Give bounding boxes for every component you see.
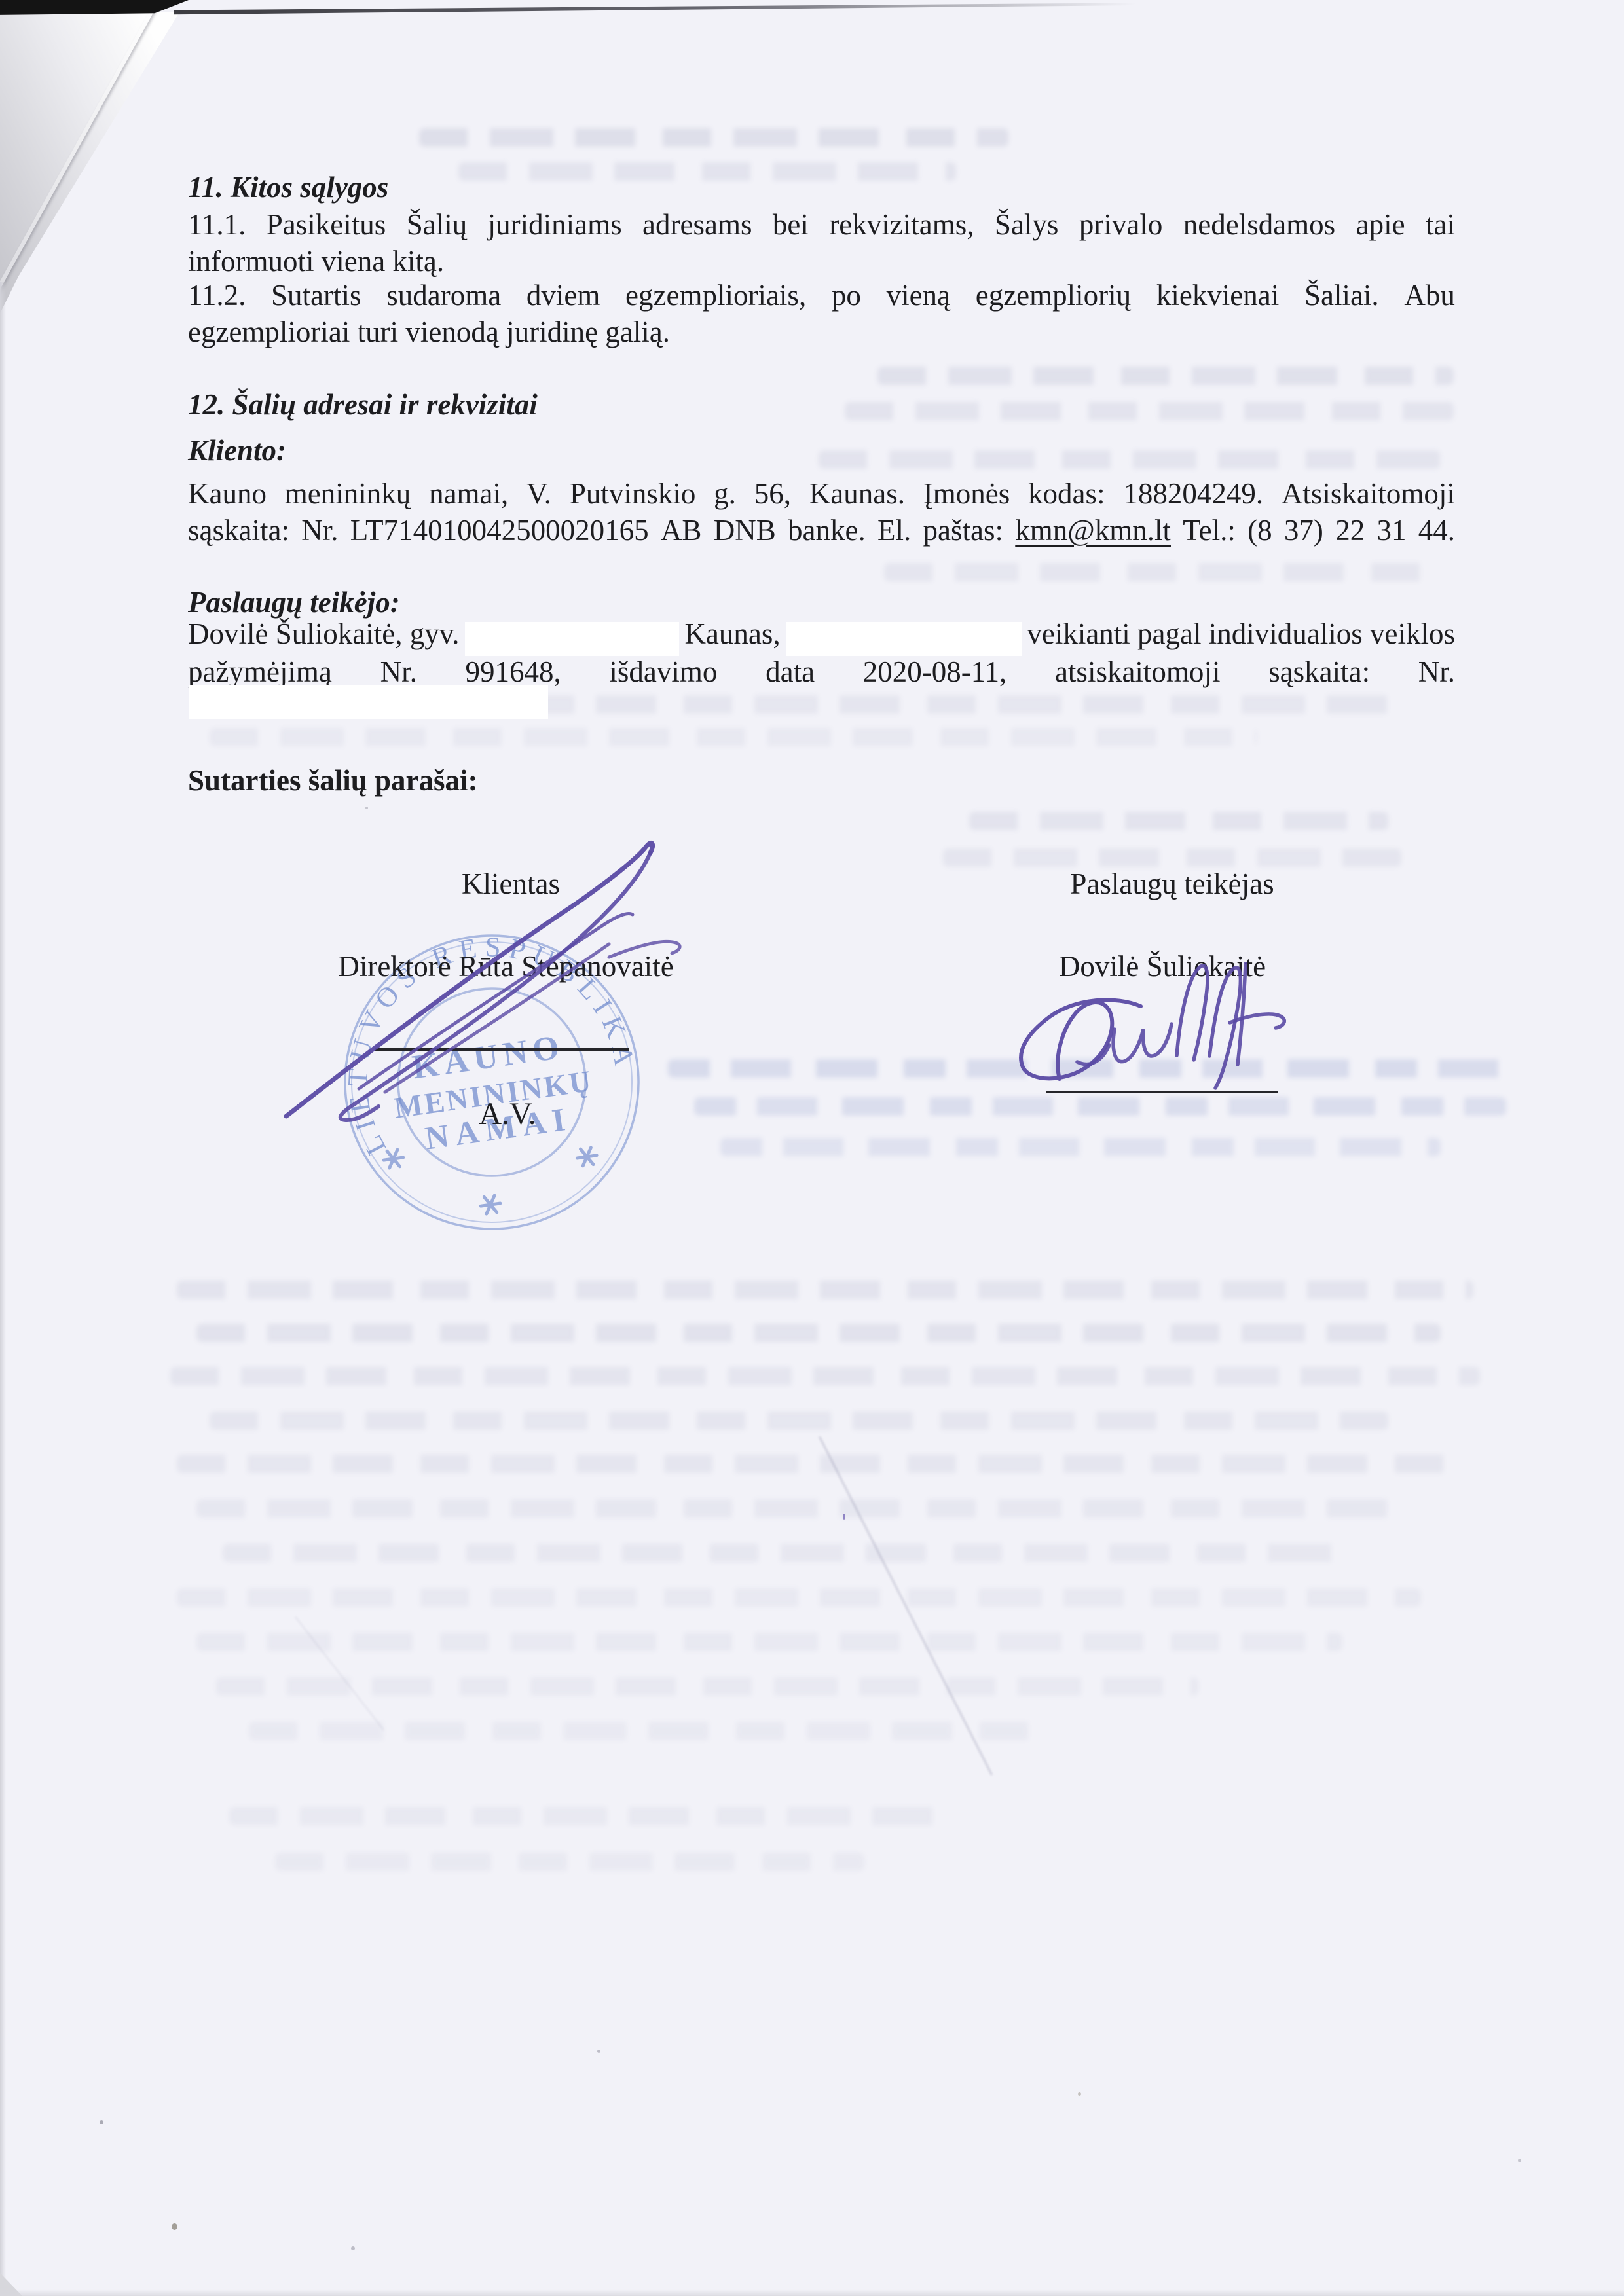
bleed-through-line bbox=[720, 1138, 1441, 1156]
clause-11-1-line-2: informuoti viena kitą. bbox=[188, 243, 1455, 280]
signatures-heading: Sutarties šalių parašai: bbox=[188, 762, 1455, 799]
bleed-through-line bbox=[177, 1455, 1454, 1473]
bleed-through-line bbox=[216, 1677, 1198, 1696]
bleed-through-line bbox=[668, 1059, 1506, 1078]
page-bottom-edge bbox=[0, 2289, 1624, 2296]
scan-speck bbox=[365, 807, 368, 809]
provider-role-label: Paslaugų teikėjas bbox=[1022, 867, 1323, 901]
scan-speck bbox=[597, 2050, 600, 2053]
provider-signature-line bbox=[1046, 1091, 1278, 1093]
redaction-box-account bbox=[189, 685, 548, 719]
section-12-heading: 12. Šalių adresai ir rekvizitai bbox=[188, 386, 1455, 423]
bleed-through-line bbox=[177, 1281, 1473, 1299]
bleed-through-line bbox=[943, 848, 1401, 867]
paper-crease bbox=[819, 1436, 993, 1776]
page-top-edge bbox=[174, 1, 1156, 18]
client-details-line-2: sąskaita:Nr.LT714010042500020165ABDNBban… bbox=[188, 512, 1455, 549]
provider-city-text: Kaunas, bbox=[684, 615, 780, 652]
scan-speck bbox=[843, 1514, 845, 1520]
provider-signatory-name: Dovilė Šuliokaitė bbox=[1022, 949, 1303, 983]
bleed-through-line bbox=[877, 367, 1454, 385]
bleed-through-line bbox=[196, 1499, 1408, 1518]
bleed-through-line bbox=[419, 128, 1008, 147]
stamp-line-1: KAUNO bbox=[410, 1028, 566, 1086]
provider-name-text: Dovilė Šuliokaitė, gyv. bbox=[188, 615, 460, 652]
stamp-inner-ring bbox=[386, 976, 597, 1188]
scan-speck bbox=[1078, 2092, 1081, 2096]
bleed-through-line bbox=[177, 1588, 1421, 1607]
bleed-through-line bbox=[969, 812, 1388, 830]
bleed-through-line bbox=[249, 1722, 1035, 1740]
paper-crease bbox=[295, 1616, 384, 1731]
client-details-line-1: Kaunomenininkųnamai,V.Putvinskiog.56,Kau… bbox=[188, 475, 1455, 512]
scan-speck bbox=[1518, 2159, 1521, 2162]
bleed-through-line bbox=[170, 1367, 1480, 1385]
provider-activity-text: veikianti pagal individualios veiklos bbox=[1027, 615, 1455, 652]
bleed-through-line bbox=[210, 728, 1257, 746]
client-email-link: kmn@kmn.lt bbox=[1015, 512, 1171, 549]
scan-speck bbox=[100, 2120, 103, 2124]
scan-speck bbox=[172, 2223, 177, 2230]
bleed-through-line bbox=[884, 563, 1441, 581]
bleed-through-line bbox=[210, 1412, 1388, 1430]
provider-details-line-1: Dovilė Šuliokaitė, gyv. Kaunas, veikiant… bbox=[188, 615, 1455, 652]
client-signatory-name: Direktorė Rūta Stepanovaitė bbox=[314, 949, 697, 983]
client-role-label: Klientas bbox=[393, 867, 629, 901]
clause-11-1-line-1: 11.1.PasikeitusŠaliųjuridiniamsadresamsb… bbox=[188, 206, 1455, 243]
scanned-contract-page: LIETUVOS RESPUBLIKA KAUNO MENININKŲ NAMA… bbox=[0, 0, 1624, 2296]
bleed-through-line bbox=[196, 1324, 1441, 1342]
bleed-through-line bbox=[196, 1633, 1342, 1651]
bleed-through-line bbox=[275, 1853, 864, 1871]
clause-11-2-line-2: egzemplioriai turi vienodą juridinę gali… bbox=[188, 314, 1455, 350]
bleed-through-line bbox=[694, 1097, 1506, 1116]
client-signature-line bbox=[375, 1048, 629, 1051]
scan-speck bbox=[351, 2246, 355, 2250]
page-left-edge bbox=[0, 282, 6, 2296]
folded-corner bbox=[0, 12, 183, 319]
clause-11-2-line-1: 11.2.Sutartissudaromadviemegzemplioriais… bbox=[188, 277, 1455, 314]
bleed-through-line bbox=[229, 1807, 950, 1825]
redaction-box-personal bbox=[786, 622, 1022, 656]
section-11-heading: 11. Kitos sąlygos bbox=[188, 169, 1455, 206]
stamp-asterisks bbox=[382, 1122, 602, 1227]
bleed-through-line bbox=[223, 1544, 1336, 1562]
client-label: Kliento: bbox=[188, 432, 1455, 469]
seal-mark: A.V. bbox=[432, 1096, 583, 1132]
redaction-box-address bbox=[465, 622, 680, 656]
